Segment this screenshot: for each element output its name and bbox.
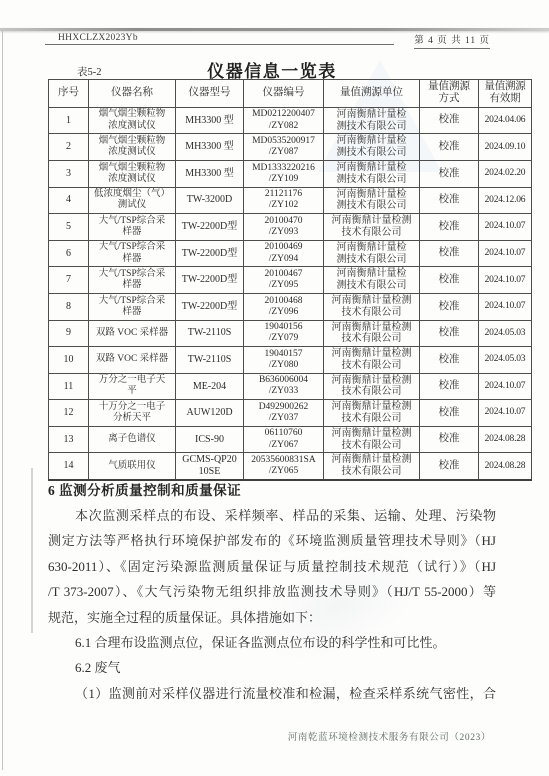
paragraph-line: 6.1 合理布设监测点位，保证各监测点位布设的科学性和可比性。 [48,630,496,655]
table-row: 7大气/TSP综合采 样器TW-2200D型20100467 /ZY095河南衡… [49,267,532,294]
footer-company: 河南乾蓝环境检测技术服务有限公司（2023） [288,729,491,743]
cell-method: 校准 [420,293,479,320]
cell-model: TW-2110S [176,347,244,374]
cell-method: 校准 [420,373,479,400]
table-row: 2烟气烟尘颗粒物 浓度测试仪MH3300 型MD0535200917 /ZY08… [49,134,532,161]
cell-serial: 06110760 /ZY067 [244,426,324,453]
cell-valid: 2024.10.07 [479,267,532,294]
cell-org: 河南衡鼎计量检 测技术有限公司 [324,240,420,267]
cell-method: 校准 [420,453,479,480]
cell-name: 大气/TSP综合采 样器 [89,293,176,320]
cell-name: 双路 VOC 采样器 [89,320,176,347]
table-row: 1烟气烟尘颗粒物 浓度测试仪MH3300 型MD0212200407 /ZY08… [49,107,532,134]
cell-no: 8 [49,293,89,320]
paragraph-line: 测定方法等严格执行环境保护部发布的《环境监测质量管理技术导则》（HJ [48,528,496,553]
table-row: 3烟气烟尘颗粒物 浓度测试仪MH3300 型MD1333220216 /ZY10… [49,160,532,187]
table-header-row: 序号仪器名称仪器型号仪器编号量值溯源单位量值溯源 方式量值溯源 有效期 [49,80,532,108]
cell-org: 河南衡鼎计量检测 技术有限公司 [324,400,420,427]
cell-serial: 19040156 /ZY079 [244,320,324,347]
cell-valid: 2024.10.07 [479,400,532,427]
cell-name: 万分之一电子天 平 [89,373,176,400]
paragraph-line: /T 373-2007）、《大气污染物无组织排放监测技术导则》（HJ/T 55-… [48,579,496,604]
cell-serial: 20535600831SA /ZY065 [244,453,324,480]
cell-valid: 2024.05.03 [479,320,532,347]
cell-org: 河南衡鼎计量检 测技术有限公司 [324,267,420,294]
cell-method: 校准 [420,134,479,161]
cell-method: 校准 [420,320,479,347]
cell-valid: 2024.04.06 [479,107,532,134]
cell-model: TW-3200D [176,187,244,214]
cell-valid: 2024.10.07 [479,214,532,241]
paragraph-line: 630-2011）、《固定污染源监测质量保证与质量控制技术规范（试行）》（HJ [48,554,496,579]
paragraph-line: 6.2 废气 [48,655,496,680]
cell-org: 河南衡鼎计量检 测技术有限公司 [324,107,420,134]
document-page: HHXCLZX2023Yb 第 4 页 共 11 页 表5-2 仪器信息一览表 … [0,0,549,776]
cell-org: 河南衡鼎计量检测 技术有限公司 [324,320,420,347]
cell-method: 校准 [420,267,479,294]
cell-no: 11 [49,373,89,400]
column-header: 仪器名称 [89,80,176,108]
cell-model: ICS-90 [176,426,244,453]
cell-serial: 20100469 /ZY094 [244,240,324,267]
cell-serial: MD0212200407 /ZY082 [244,107,324,134]
cell-valid: 2024.08.28 [479,426,532,453]
instrument-table-body: 1烟气烟尘颗粒物 浓度测试仪MH3300 型MD0212200407 /ZY08… [49,107,532,480]
cell-method: 校准 [420,400,479,427]
page-edge-shadow [0,28,549,31]
cell-model: TW-2200D型 [176,267,244,294]
cell-org: 河南衡鼎计量检 测技术有限公司 [324,187,420,214]
cell-serial: MD1333220216 /ZY109 [244,160,324,187]
cell-no: 9 [49,320,89,347]
cell-model: AUW120D [176,400,244,427]
cell-name: 烟气烟尘颗粒物 浓度测试仪 [89,160,176,187]
cell-no: 4 [49,187,89,214]
cell-model: ME-204 [176,373,244,400]
scan-artifact-margin-line [31,468,33,633]
scan-artifact-left-edge [2,30,3,770]
cell-serial: MD0535200917 /ZY087 [244,134,324,161]
column-header: 量值溯源 方式 [420,80,479,108]
paragraph-line: （1）监测前对采样仪器进行流量校准和检漏，检查采样系统气密性，合 [48,681,496,706]
cell-method: 校准 [420,240,479,267]
cell-no: 13 [49,426,89,453]
cell-model: GCMS-QP20 10SE [176,453,244,480]
body-text: 本次监测采样点的布设、采样频率、样品的采集、运输、处理、污染物测定方法等严格执行… [48,503,496,706]
column-header: 仪器型号 [176,80,244,108]
cell-method: 校准 [420,426,479,453]
cell-no: 2 [49,134,89,161]
cell-serial: 19040157 /ZY080 [244,347,324,374]
paragraph-line: 本次监测采样点的布设、采样频率、样品的采集、运输、处理、污染物 [48,503,496,528]
cell-model: TW-2200D型 [176,293,244,320]
cell-org: 河南衡鼎计量检测 技术有限公司 [324,453,420,480]
cell-no: 12 [49,400,89,427]
cell-name: 离子色谱仪 [89,426,176,453]
table-row: 10双路 VOC 采样器TW-2110S19040157 /ZY080河南衡鼎计… [49,347,532,374]
column-header: 仪器编号 [244,80,324,108]
cell-name: 双路 VOC 采样器 [89,347,176,374]
table-row: 14气质联用仪GCMS-QP20 10SE20535600831SA /ZY06… [49,453,532,480]
cell-model: TW-2200D型 [176,240,244,267]
cell-valid: 2024.10.07 [479,373,532,400]
header-rule [45,44,394,45]
cell-model: TW-2110S [176,320,244,347]
cell-valid: 2024.05.03 [479,347,532,374]
cell-name: 低浓度烟尘（气） 测试仪 [89,187,176,214]
column-header: 量值溯源 有效期 [479,80,532,108]
cell-no: 10 [49,347,89,374]
cell-method: 校准 [420,214,479,241]
report-code: HHXCLZX2023Yb [58,33,138,43]
cell-valid: 2024.09.10 [479,134,532,161]
cell-org: 河南衡鼎计量检测 技术有限公司 [324,426,420,453]
cell-serial: 21121176 /ZY102 [244,187,324,214]
cell-org: 河南衡鼎计量检测 技术有限公司 [324,347,420,374]
cell-valid: 2024.08.28 [479,453,532,480]
cell-valid: 2024.02.20 [479,160,532,187]
cell-name: 烟气烟尘颗粒物 浓度测试仪 [89,134,176,161]
cell-no: 3 [49,160,89,187]
table-row: 6大气/TSP综合采 样器TW-2200D型20100469 /ZY094河南衡… [49,240,532,267]
instrument-table: 序号仪器名称仪器型号仪器编号量值溯源单位量值溯源 方式量值溯源 有效期 1烟气烟… [48,79,532,481]
section-heading: 6 监测分析质量控制和质量保证 [48,479,496,499]
cell-no: 1 [49,107,89,134]
table-row: 11万分之一电子天 平ME-204B636006004 /ZY033河南衡鼎计量… [49,373,532,400]
cell-model: MH3300 型 [176,160,244,187]
cell-model: TW-2200D型 [176,214,244,241]
cell-serial: B636006004 /ZY033 [244,373,324,400]
table-row: 12十万分之一电子 分析天平AUW120DD492900262 /ZY037河南… [49,400,532,427]
cell-serial: 20100468 /ZY096 [244,293,324,320]
cell-method: 校准 [420,187,479,214]
cell-method: 校准 [420,107,479,134]
cell-name: 大气/TSP综合采 样器 [89,267,176,294]
cell-valid: 2024.10.07 [479,240,532,267]
cell-serial: D492900262 /ZY037 [244,400,324,427]
column-header: 序号 [49,80,89,108]
cell-name: 十万分之一电子 分析天平 [89,400,176,427]
cell-method: 校准 [420,160,479,187]
cell-name: 烟气烟尘颗粒物 浓度测试仪 [89,107,176,134]
cell-org: 河南衡鼎计量检测 技术有限公司 [324,214,420,241]
cell-serial: 20100467 /ZY095 [244,267,324,294]
table-row: 5大气/TSP综合采 样器TW-2200D型20100470 /ZY093河南衡… [49,214,532,241]
cell-name: 大气/TSP综合采 样器 [89,214,176,241]
column-header: 量值溯源单位 [324,80,420,108]
cell-no: 6 [49,240,89,267]
cell-no: 14 [49,453,89,480]
cell-no: 7 [49,267,89,294]
cell-org: 河南衡鼎计量检测 技术有限公司 [324,293,420,320]
page-number: 第 4 页 共 11 页 [414,32,490,49]
cell-no: 5 [49,214,89,241]
table-row: 8大气/TSP综合采 样器TW-2200D型20100468 /ZY096河南衡… [49,293,532,320]
cell-valid: 2024.10.07 [479,293,532,320]
cell-org: 河南衡鼎计量检 测技术有限公司 [324,160,420,187]
cell-org: 河南衡鼎计量检测 技术有限公司 [324,373,420,400]
cell-model: MH3300 型 [176,107,244,134]
paragraph-line: 规范，实施全过程的质量保证。具体措施如下： [48,605,496,630]
cell-name: 大气/TSP综合采 样器 [89,240,176,267]
table-row: 13离子色谱仪ICS-9006110760 /ZY067河南衡鼎计量检测 技术有… [49,426,532,453]
cell-name: 气质联用仪 [89,453,176,480]
table-row: 4低浓度烟尘（气） 测试仪TW-3200D21121176 /ZY102河南衡鼎… [49,187,532,214]
cell-model: MH3300 型 [176,134,244,161]
cell-org: 河南衡鼎计量检 测技术有限公司 [324,134,420,161]
table-row: 9双路 VOC 采样器TW-2110S19040156 /ZY079河南衡鼎计量… [49,320,532,347]
cell-valid: 2024.12.06 [479,187,532,214]
cell-method: 校准 [420,347,479,374]
cell-serial: 20100470 /ZY093 [244,214,324,241]
